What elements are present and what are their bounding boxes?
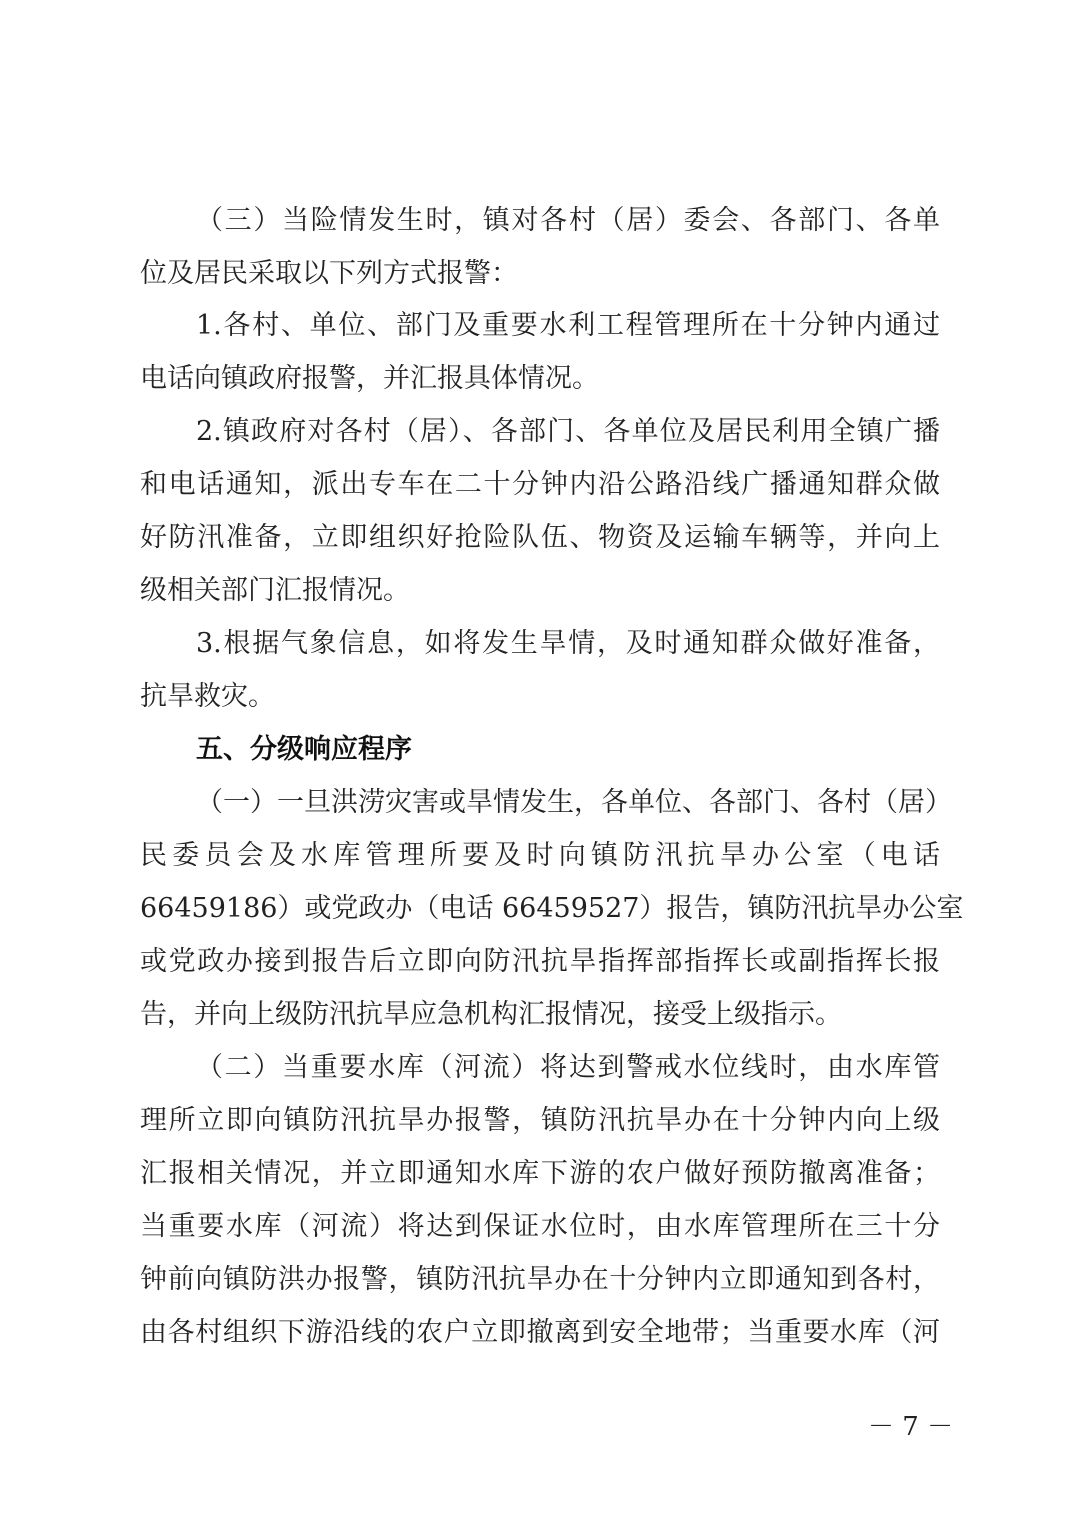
text-line: 钟前向镇防洪办报警，镇防汛抗旱办在十分钟内立即通知到各村， <box>140 1260 940 1300</box>
text-line: 理所立即向镇防汛抗旱办报警，镇防汛抗旱办在十分钟内向上级 <box>140 1101 940 1141</box>
text-line: 和电话通知，派出专车在二十分钟内沿公路沿线广播通知群众做 <box>140 465 940 505</box>
text-line: 级相关部门汇报情况。 <box>140 571 940 611</box>
text-line: （三）当险情发生时，镇对各村（居）委会、各部门、各单 <box>196 201 940 241</box>
page-number: － 7 － <box>868 1409 953 1445</box>
text-line: 66459186）或党政办（电话 66459527）报告，镇防汛抗旱办公室 <box>140 889 940 929</box>
text-line: 电话向镇政府报警，并汇报具体情况。 <box>140 359 940 399</box>
text-line: 民委员会及水库管理所要及时向镇防汛抗旱办公室（电话 <box>140 836 940 876</box>
text-line: （一）一旦洪涝灾害或旱情发生，各单位、各部门、各村（居） <box>196 783 940 823</box>
text-line: 3.根据气象信息，如将发生旱情，及时通知群众做好准备， <box>196 624 940 664</box>
section-heading: 五、分级响应程序 <box>196 730 412 770</box>
text-line: 位及居民采取以下列方式报警： <box>140 254 940 294</box>
text-line: 抗旱救灾。 <box>140 677 940 717</box>
text-line: 告，并向上级防汛抗旱应急机构汇报情况，接受上级指示。 <box>140 995 940 1035</box>
text-line: 1.各村、单位、部门及重要水利工程管理所在十分钟内通过 <box>196 306 940 346</box>
text-line: 当重要水库（河流）将达到保证水位时，由水库管理所在三十分 <box>140 1207 940 1247</box>
document-page: （三）当险情发生时，镇对各村（居）委会、各部门、各单 位及居民采取以下列方式报警… <box>0 0 1074 1520</box>
text-line: 好防汛准备，立即组织好抢险队伍、物资及运输车辆等，并向上 <box>140 518 940 558</box>
text-line: 汇报相关情况，并立即通知水库下游的农户做好预防撤离准备； <box>140 1154 940 1194</box>
text-line: 或党政办接到报告后立即向防汛抗旱指挥部指挥长或副指挥长报 <box>140 942 940 982</box>
text-line: 由各村组织下游沿线的农户立即撤离到安全地带；当重要水库（河 <box>140 1313 940 1353</box>
text-line: 2.镇政府对各村（居）、各部门、各单位及居民利用全镇广播 <box>196 412 940 452</box>
text-line: （二）当重要水库（河流）将达到警戒水位线时，由水库管 <box>196 1048 940 1088</box>
